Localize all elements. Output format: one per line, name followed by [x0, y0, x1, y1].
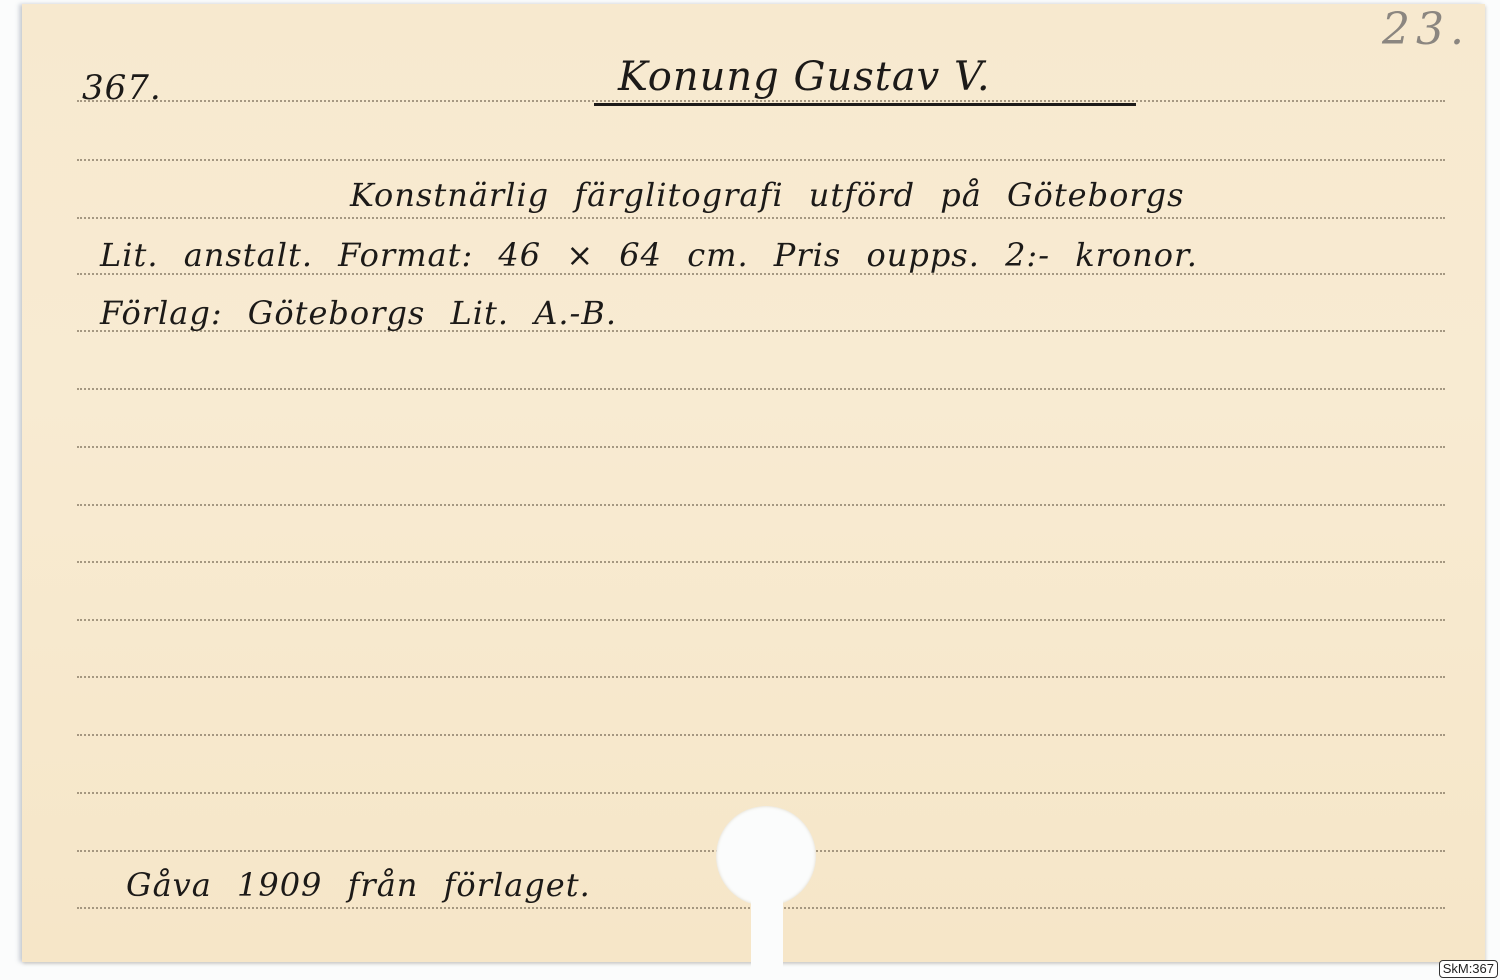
- dotted-rule: [77, 619, 1445, 621]
- dotted-rule: [77, 100, 1445, 102]
- dotted-rule: [77, 676, 1445, 678]
- catalog-id-tag: SkM:367: [1439, 960, 1498, 978]
- card-title: Konung Gustav V.: [618, 54, 991, 100]
- page-number: 23.: [1382, 4, 1470, 55]
- dotted-rule: [77, 446, 1445, 448]
- dotted-rule: [77, 504, 1445, 506]
- dotted-rule: [77, 388, 1445, 390]
- description-line-2: Lit. anstalt. Format: 46 × 64 cm. Pris o…: [100, 236, 1198, 274]
- filing-slot: [751, 890, 783, 980]
- provenance-note: Gåva 1909 från förlaget.: [126, 866, 591, 904]
- dotted-rule: [77, 159, 1445, 161]
- description-line-3: Förlag: Göteborgs Lit. A.-B.: [100, 294, 617, 332]
- dotted-rule: [77, 217, 1445, 219]
- dotted-rule: [77, 792, 1445, 794]
- dotted-rule: [77, 561, 1445, 563]
- card-number: 367.: [82, 68, 162, 108]
- dotted-rule: [77, 734, 1445, 736]
- title-underline: [594, 103, 1136, 106]
- description-line-1: Konstnärlig färglitografi utförd på Göte…: [350, 176, 1185, 214]
- scan-background: 367. Konung Gustav V. 23. Konstnärlig fä…: [0, 0, 1500, 980]
